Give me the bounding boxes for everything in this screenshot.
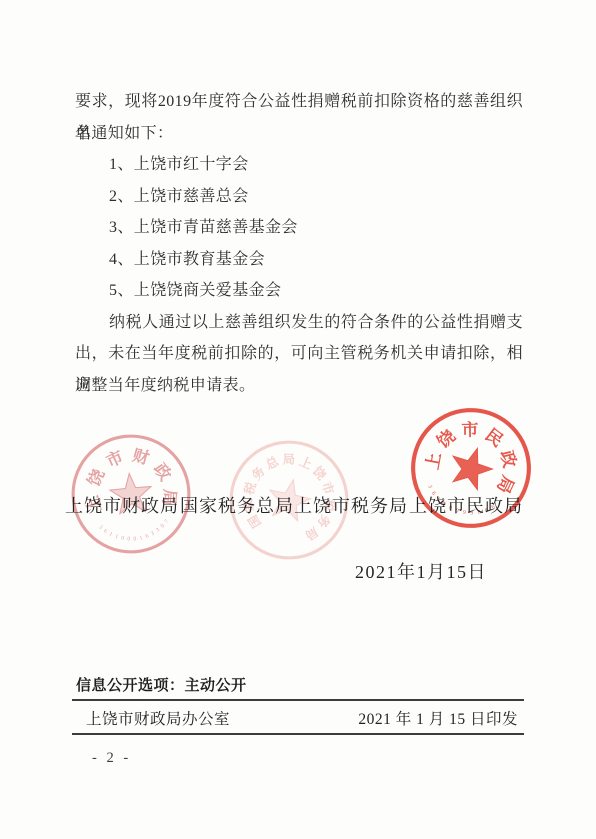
svg-text:财: 财 <box>131 446 152 469</box>
svg-text:市: 市 <box>103 446 127 471</box>
body-line: 3、上饶市青苗慈善基金会 <box>75 212 523 244</box>
svg-text:民: 民 <box>482 425 507 450</box>
svg-text:1: 1 <box>139 535 143 542</box>
body-line: 5、上饶饶商关爱基金会 <box>75 275 523 307</box>
svg-text:0: 0 <box>127 536 130 542</box>
svg-text:1: 1 <box>114 534 119 541</box>
disclosure-option: 信息公开选项：主动公开 <box>76 674 247 695</box>
svg-text:局: 局 <box>283 453 295 467</box>
svg-text:局: 局 <box>303 524 321 543</box>
svg-text:3: 3 <box>426 484 433 489</box>
svg-text:1: 1 <box>108 531 113 538</box>
svg-text:6: 6 <box>145 533 150 540</box>
body-line: 单通知如下： <box>75 118 523 150</box>
svg-text:政: 政 <box>497 448 520 469</box>
svg-text:0: 0 <box>133 536 137 542</box>
document-date: 2021年1月15日 <box>355 558 487 584</box>
svg-text:3: 3 <box>155 527 161 534</box>
footer-imprint-row: 上饶市财政局办公室 2021 年 1 月 15 日印发 <box>72 707 524 729</box>
svg-text:饶: 饶 <box>83 465 108 489</box>
issuing-office: 上饶市财政局办公室 <box>72 707 230 729</box>
signature-line: 上饶市财政局国家税务总局上饶市税务局上饶市民政局 <box>65 492 523 518</box>
body-line: 2、上饶市慈善总会 <box>75 181 523 213</box>
signer-organization: 国家税务总局上饶市税务局 <box>180 492 408 518</box>
document-body: 要求，现将2019年度符合公益性捐赠税前扣除资格的慈善组织名单通知如下：1、上饶… <box>75 86 523 401</box>
svg-text:上: 上 <box>297 453 315 472</box>
svg-text:市: 市 <box>461 419 479 439</box>
page-number: - 2 - <box>92 750 131 767</box>
svg-text:务: 务 <box>249 463 269 483</box>
svg-text:上: 上 <box>422 451 445 471</box>
svg-text:3: 3 <box>97 524 103 530</box>
body-line: 要求，现将2019年度符合公益性捐赠税前扣除资格的慈善组织名 <box>75 86 523 118</box>
svg-text:0: 0 <box>120 535 124 541</box>
body-line: 出，未在当年度税前扣除的，可向主管税务机关申请扣除，相应 <box>75 338 523 370</box>
print-date: 2021 年 1 月 15 日印发 <box>358 707 524 729</box>
svg-text:饶: 饶 <box>433 426 459 452</box>
footer-divider-bottom <box>72 733 524 735</box>
body-line: 纳税人通过以上慈善组织发生的符合条件的公益性捐赠支 <box>75 307 523 339</box>
body-line: 4、上饶市教育基金会 <box>75 244 523 276</box>
document-page: 要求，现将2019年度符合公益性捐赠税前扣除资格的慈善组织名单通知如下：1、上饶… <box>0 0 596 839</box>
svg-text:饶: 饶 <box>310 463 330 483</box>
svg-text:政: 政 <box>150 459 176 484</box>
body-line: 1、上饶市红十字会 <box>75 149 523 181</box>
svg-text:总: 总 <box>263 453 281 472</box>
svg-text:6: 6 <box>102 528 108 535</box>
signer-organization: 上饶市财政局 <box>65 492 179 518</box>
svg-text:9: 9 <box>160 523 166 529</box>
body-line: 调整当年度纳税申请表。 <box>75 370 523 402</box>
svg-text:3: 3 <box>150 531 156 538</box>
signer-organization: 上饶市民政局 <box>409 492 523 518</box>
svg-text:7: 7 <box>164 519 171 525</box>
footer-divider-top <box>72 699 524 701</box>
